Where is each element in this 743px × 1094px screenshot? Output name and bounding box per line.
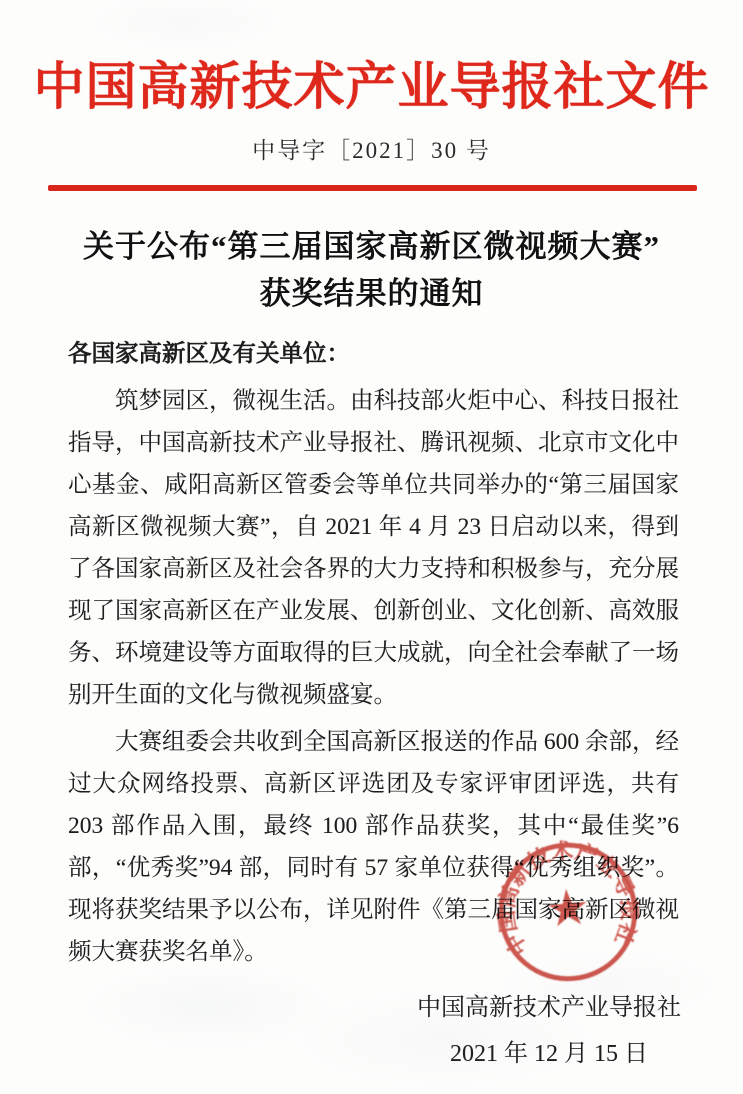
signoff-date: 2021 年 12 月 15 日 bbox=[417, 1031, 681, 1077]
notice-title-line2: 获奖结果的通知 bbox=[260, 276, 484, 311]
signoff-organization: 中国高新技术产业导报社 bbox=[417, 985, 681, 1031]
notice-title-line1: 关于公布“第三届国家高新区微视频大赛” bbox=[83, 229, 660, 264]
notice-body: 各国家高新区及有关单位： 筑梦园区，微视生活。由科技部火炬中心、科技日报社指导，… bbox=[68, 333, 679, 973]
scanned-official-document: 中国高新技术产业导报社文件 中导字［2021］30 号 关于公布“第三届国家高新… bbox=[0, 0, 743, 1094]
notice-title: 关于公布“第三届国家高新区微视频大赛” 获奖结果的通知 bbox=[40, 223, 703, 317]
doc-number: 中导字［2021］30 号 bbox=[0, 132, 743, 165]
signoff-block: 中国高新技术产业导报社 2021 年 12 月 15 日 bbox=[0, 985, 681, 1077]
salutation: 各国家高新区及有关单位： bbox=[68, 333, 679, 375]
red-divider bbox=[48, 185, 697, 191]
body-paragraph-2: 大赛组委会共收到全国高新区报送的作品 600 余部，经过大众网络投票、高新区评选… bbox=[68, 721, 679, 973]
masthead: 中国高新技术产业导报社文件 中导字［2021］30 号 bbox=[0, 0, 743, 191]
org-title: 中国高新技术产业导报社文件 bbox=[0, 58, 743, 118]
body-paragraph-1: 筑梦园区，微视生活。由科技部火炬中心、科技日报社指导，中国高新技术产业导报社、腾… bbox=[68, 380, 679, 716]
